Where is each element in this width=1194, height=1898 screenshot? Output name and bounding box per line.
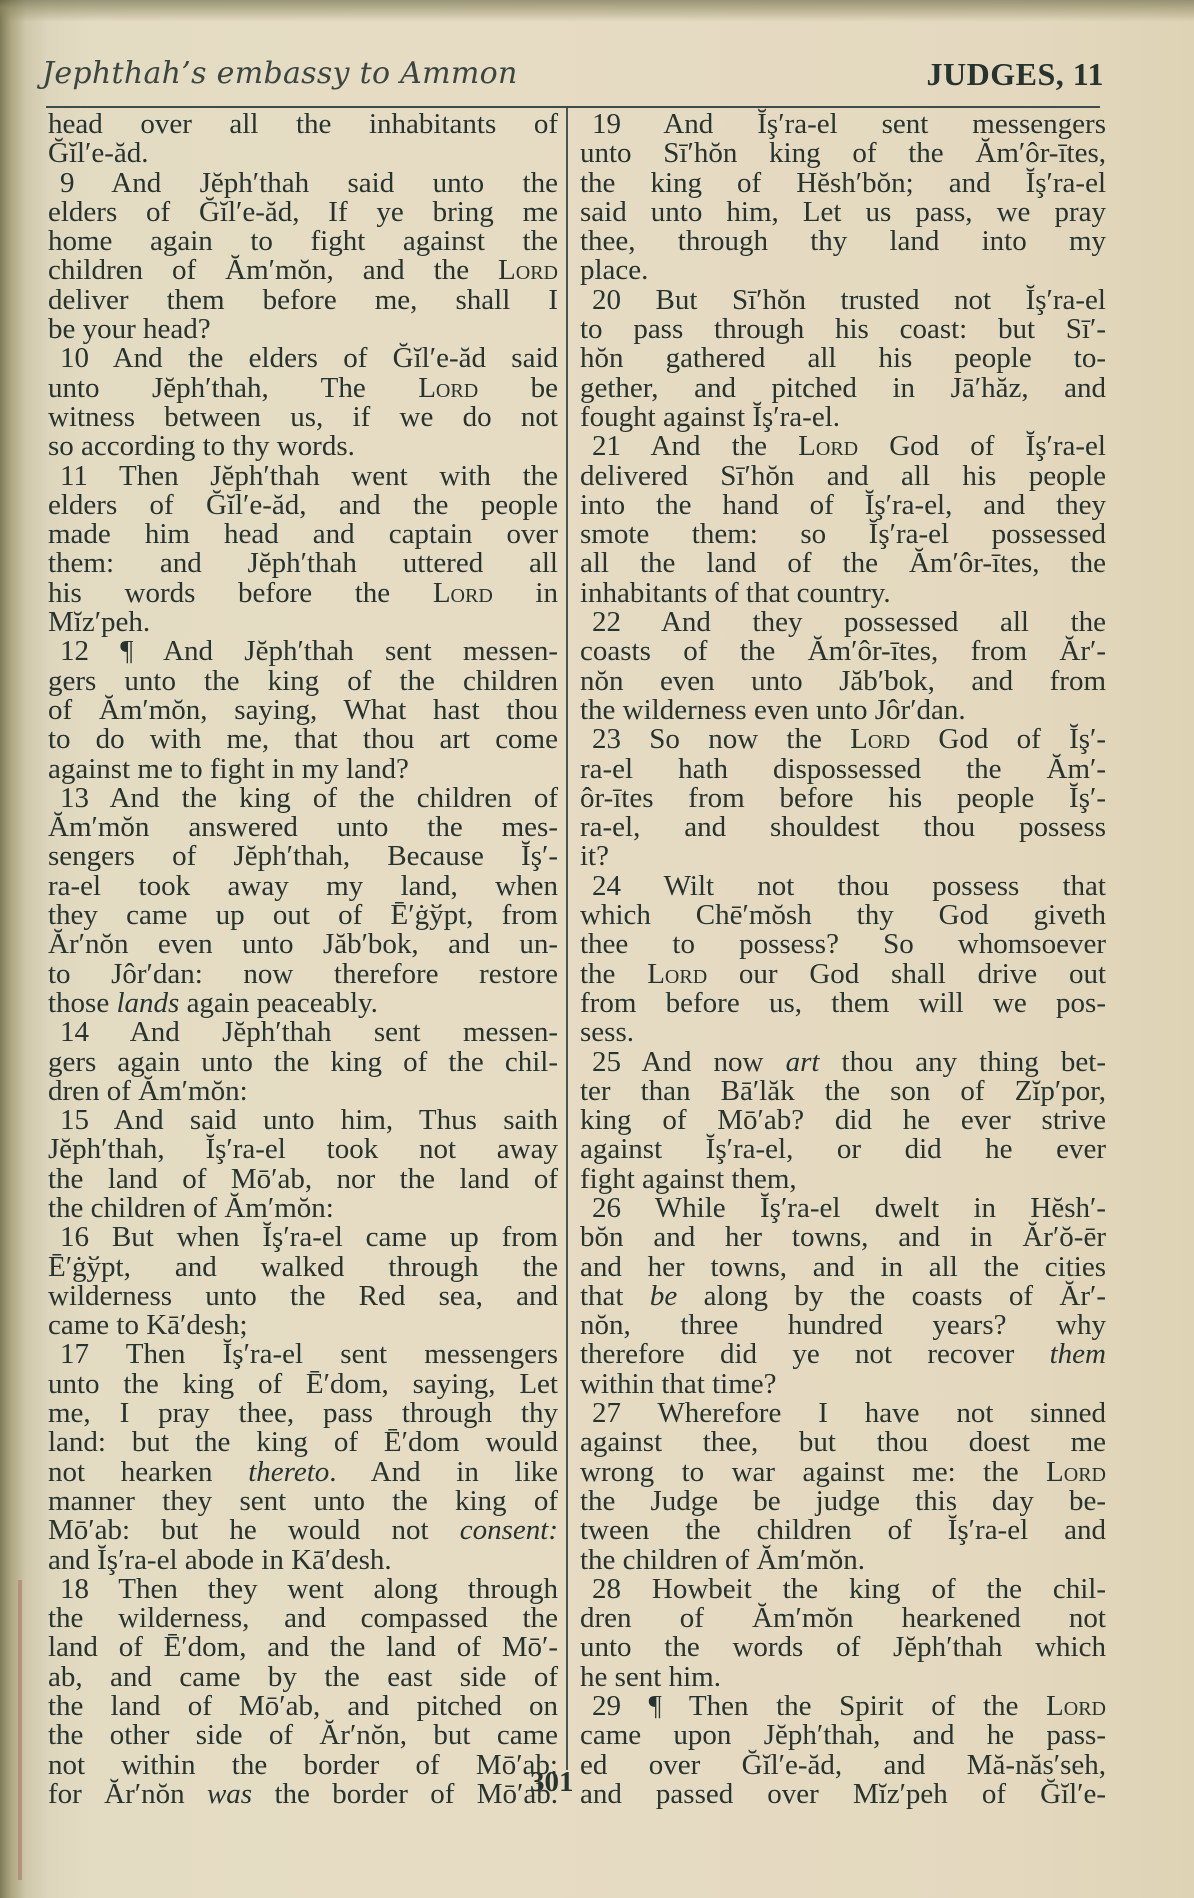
- text-line: king of Mō′ab? did he ever strive: [580, 1106, 1106, 1135]
- text-line: 21 And the Lord God of Ĭş′ra-el: [580, 432, 1106, 461]
- text-line: 17 Then Ĭş′ra-el sent messengers: [48, 1340, 558, 1369]
- text-line: unto Sī′hŏn king of the Ăm′ôr-ītes,: [580, 139, 1106, 168]
- text-line: hŏn gathered all his people to-: [580, 344, 1106, 373]
- text-line: dren of Ăm′mŏn hearkened not: [580, 1604, 1106, 1633]
- text-line: and her towns, and in all the cities: [580, 1253, 1106, 1282]
- text-line: 19 And Ĭş′ra-el sent messengers: [580, 110, 1106, 139]
- text-line: ôr-ītes from before his people Ĭş′-: [580, 784, 1106, 813]
- text-line: 26 While Ĭş′ra-el dwelt in Hĕsh′-: [580, 1194, 1106, 1223]
- running-head: Jephthah’s embassy to Ammon JUDGES, 11: [42, 56, 1104, 96]
- text-line: that be along by the coasts of Ăr′-: [580, 1282, 1106, 1311]
- text-line: deliver them before me, shall I: [48, 286, 558, 315]
- text-line: 14 And Jĕph′thah sent messen-: [48, 1018, 558, 1047]
- text-line: gers unto the king of the children: [48, 667, 558, 696]
- text-line: nŏn even unto Jăb′bok, and from: [580, 667, 1106, 696]
- text-line: delivered Sī′hŏn and all his people: [580, 462, 1106, 491]
- text-line: his words before the Lord in: [48, 579, 558, 608]
- text-line: 18 Then they went along through: [48, 1575, 558, 1604]
- text-line: manner they sent unto the king of: [48, 1487, 558, 1516]
- text-line: coasts of the Ăm′ôr-ītes, from Ăr′-: [580, 637, 1106, 666]
- text-line: and Ĭş′ra-el abode in Kā′desh.: [48, 1546, 558, 1575]
- text-line: 12 ¶ And Jĕph′thah sent messen-: [48, 637, 558, 666]
- text-line: 20 But Sī′hŏn trusted not Ĭş′ra-el: [580, 286, 1106, 315]
- text-line: 9 And Jĕph′thah said unto the: [48, 169, 558, 198]
- text-line: the other side of Ăr′nŏn, but came: [48, 1721, 558, 1750]
- text-line: the children of Ăm′mŏn.: [580, 1546, 1106, 1575]
- column-divider: [566, 108, 568, 1770]
- page-number: 301: [530, 1766, 574, 1799]
- text-line: ra-el took away my land, when: [48, 872, 558, 901]
- text-line: sess.: [580, 1018, 1106, 1047]
- text-line: ra-el, and shouldest thou possess: [580, 813, 1106, 842]
- text-line: thee, through thy land into my: [580, 227, 1106, 256]
- text-line: the king of Hĕsh′bŏn; and Ĭş′ra-el: [580, 169, 1106, 198]
- text-line: into the hand of Ĭş′ra-el, and they: [580, 491, 1106, 520]
- text-line: therefore did ye not recover them: [580, 1340, 1106, 1369]
- text-line: of Ăm′mŏn, saying, What hast thou: [48, 696, 558, 725]
- text-line: all the land of the Ăm′ôr-ītes, the: [580, 549, 1106, 578]
- text-line: 29 ¶ Then the Spirit of the Lord: [580, 1692, 1106, 1721]
- text-line: nŏn, three hundred years? why: [580, 1311, 1106, 1340]
- text-line: the wilderness even unto Jôr′dan.: [580, 696, 1106, 725]
- text-line: land of Ē′dom, and the land of Mō′-: [48, 1633, 558, 1662]
- text-line: not within the border of Mō′ab:: [48, 1751, 558, 1780]
- text-line: against thee, but thou doest me: [580, 1428, 1106, 1457]
- text-line: 24 Wilt not thou possess that: [580, 872, 1106, 901]
- book-chapter-title: JUDGES, 11: [927, 56, 1104, 93]
- text-line: 11 Then Jĕph′thah went with the: [48, 462, 558, 491]
- text-line: ra-el hath dispossessed the Ăm′-: [580, 755, 1106, 784]
- text-line: 15 And said unto him, Thus saith: [48, 1106, 558, 1135]
- text-line: gether, and pitched in Jā′hăz, and: [580, 374, 1106, 403]
- text-line: wilderness unto the Red sea, and: [48, 1282, 558, 1311]
- text-line: Mĭz′peh.: [48, 608, 558, 637]
- text-line: within that time?: [580, 1370, 1106, 1399]
- text-line: ab, and came by the east side of: [48, 1663, 558, 1692]
- text-line: the land of Mō′ab, nor the land of: [48, 1165, 558, 1194]
- text-line: Ăr′nŏn even unto Jăb′bok, and un-: [48, 930, 558, 959]
- text-line: those lands again peaceably.: [48, 989, 558, 1018]
- text-line: the Lord our God shall drive out: [580, 960, 1106, 989]
- section-title: Jephthah’s embassy to Ammon: [42, 56, 518, 91]
- text-line: so according to thy words.: [48, 432, 558, 461]
- text-line: the children of Ăm′mŏn:: [48, 1194, 558, 1223]
- text-line: unto the words of Jĕph′thah which: [580, 1633, 1106, 1662]
- text-line: wrong to war against me: the Lord: [580, 1458, 1106, 1487]
- text-line: sengers of Jĕph′thah, Because Ĭş′-: [48, 842, 558, 871]
- text-line: 16 But when Ĭş′ra-el came up from: [48, 1223, 558, 1252]
- right-column: 19 And Ĭş′ra-el sent messengersunto Sī′h…: [580, 110, 1106, 1809]
- text-line: tween the children of Ĭş′ra-el and: [580, 1516, 1106, 1545]
- text-line: 13 And the king of the children of: [48, 784, 558, 813]
- text-line: the land of Mō′ab, and pitched on: [48, 1692, 558, 1721]
- text-line: elders of Ğĭl′e-ăd, and the people: [48, 491, 558, 520]
- text-line: to Jôr′dan: now therefore restore: [48, 960, 558, 989]
- text-line: made him head and captain over: [48, 520, 558, 549]
- text-line: 25 And now art thou any thing bet-: [580, 1048, 1106, 1077]
- text-line: it?: [580, 842, 1106, 871]
- text-line: they came up out of Ē′ġўpt, from: [48, 901, 558, 930]
- text-line: inhabitants of that country.: [580, 579, 1106, 608]
- text-line: fought against Ĭş′ra-el.: [580, 403, 1106, 432]
- text-line: elders of Ğĭl′e-ăd, If ye bring me: [48, 198, 558, 227]
- text-line: against me to fight in my land?: [48, 755, 558, 784]
- text-line: came upon Jĕph′thah, and he pass-: [580, 1721, 1106, 1750]
- text-line: children of Ăm′mŏn, and the Lord: [48, 256, 558, 285]
- text-line: to pass through his coast: but Sī′-: [580, 315, 1106, 344]
- text-line: unto Jĕph′thah, The Lord be: [48, 374, 558, 403]
- text-line: smote them: so Ĭş′ra-el possessed: [580, 520, 1106, 549]
- text-line: unto the king of Ē′dom, saying, Let: [48, 1370, 558, 1399]
- text-line: and passed over Mĭz′peh of Ğĭl′e-: [580, 1780, 1106, 1809]
- text-line: not hearken thereto. And in like: [48, 1458, 558, 1487]
- text-line: bŏn and her towns, and in Ăr′ŏ-ēr: [580, 1223, 1106, 1252]
- text-line: place.: [580, 256, 1106, 285]
- text-line: thee to possess? So whomsoever: [580, 930, 1106, 959]
- text-line: he sent him.: [580, 1663, 1106, 1692]
- text-line: Jĕph′thah, Ĭş′ra-el took not away: [48, 1135, 558, 1164]
- text-line: to do with me, that thou art come: [48, 725, 558, 754]
- left-column: head over all the inhabitants ofĞĭl′e-ăd…: [48, 110, 558, 1809]
- text-line: Ăm′mŏn answered unto the mes-: [48, 813, 558, 842]
- text-line: fight against them,: [580, 1165, 1106, 1194]
- bible-page: Jephthah’s embassy to Ammon JUDGES, 11 h…: [0, 0, 1194, 1898]
- text-line: Ğĭl′e-ăd.: [48, 139, 558, 168]
- text-line: 23 So now the Lord God of Ĭş′-: [580, 725, 1106, 754]
- text-line: me, I pray thee, pass through thy: [48, 1399, 558, 1428]
- text-line: from before us, them will we pos-: [580, 989, 1106, 1018]
- text-line: for Ăr′nŏn was the border of Mō′ab.: [48, 1780, 558, 1809]
- text-line: home again to fight against the: [48, 227, 558, 256]
- text-line: which Chē′mŏsh thy God giveth: [580, 901, 1106, 930]
- text-line: dren of Ăm′mŏn:: [48, 1077, 558, 1106]
- text-line: 27 Wherefore I have not sinned: [580, 1399, 1106, 1428]
- text-line: the Judge be judge this day be-: [580, 1487, 1106, 1516]
- text-line: Mō′ab: but he would not consent:: [48, 1516, 558, 1545]
- text-line: Ē′ġўpt, and walked through the: [48, 1253, 558, 1282]
- text-line: the wilderness, and compassed the: [48, 1604, 558, 1633]
- text-line: said unto him, Let us pass, we pray: [580, 198, 1106, 227]
- text-line: gers again unto the king of the chil-: [48, 1048, 558, 1077]
- text-line: ter than Bā′lăk the son of Zĭp′por,: [580, 1077, 1106, 1106]
- text-line: came to Kā′desh;: [48, 1311, 558, 1340]
- text-line: 22 And they possessed all the: [580, 608, 1106, 637]
- text-line: be your head?: [48, 315, 558, 344]
- text-line: land: but the king of Ē′dom would: [48, 1428, 558, 1457]
- text-line: 28 Howbeit the king of the chil-: [580, 1575, 1106, 1604]
- text-line: witness between us, if we do not: [48, 403, 558, 432]
- text-line: against Ĭş′ra-el, or did he ever: [580, 1135, 1106, 1164]
- text-line: 10 And the elders of Ğĭl′e-ăd said: [48, 344, 558, 373]
- text-line: them: and Jĕph′thah uttered all: [48, 549, 558, 578]
- text-line: head over all the inhabitants of: [48, 110, 558, 139]
- text-line: ed over Ğĭl′e-ăd, and Mă-năs′seh,: [580, 1751, 1106, 1780]
